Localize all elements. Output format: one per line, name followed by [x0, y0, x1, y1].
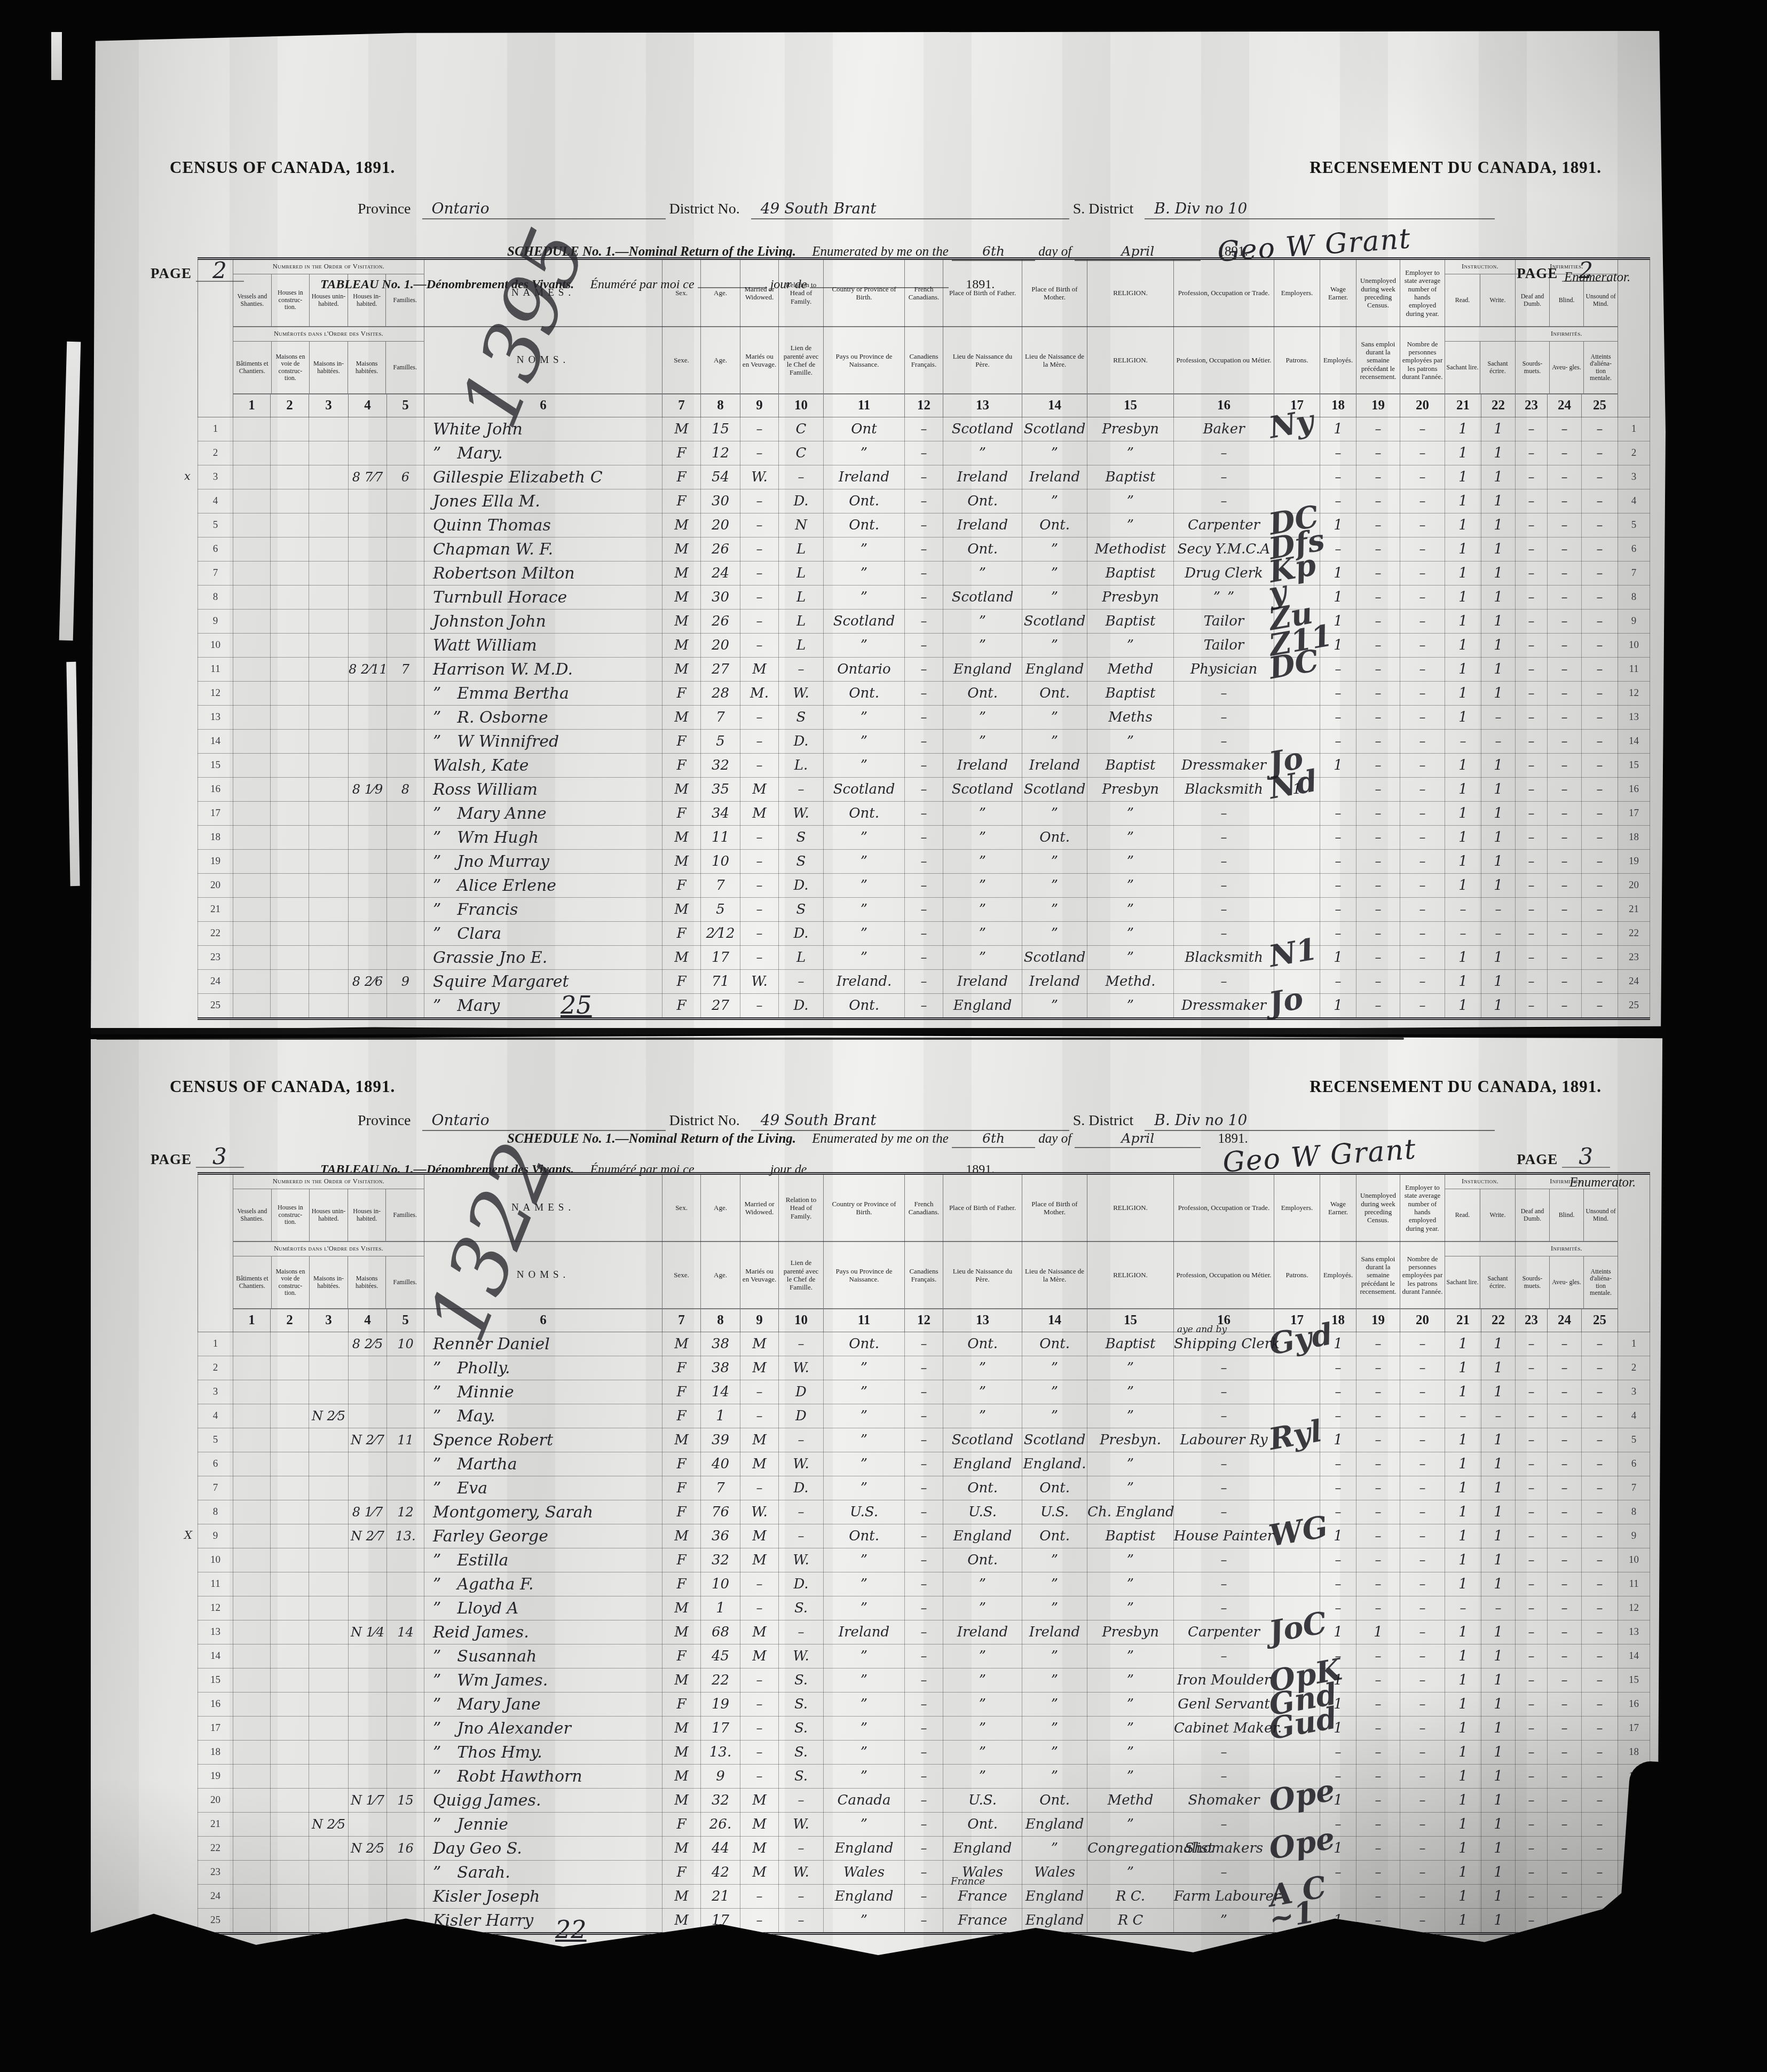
cell-c2 — [271, 850, 309, 874]
cell-value: – — [1528, 470, 1535, 485]
cell-occ: Farm Labourer — [1174, 1885, 1274, 1909]
cell-value: – — [1375, 446, 1382, 461]
cell-value: 1 — [1334, 1672, 1343, 1688]
cell-w22: 1 — [1481, 1813, 1516, 1837]
cell-age: 27 — [701, 994, 740, 1019]
cell-rel: S. — [779, 1668, 824, 1693]
cell-value: – — [756, 1769, 763, 1784]
cell-fc: – — [905, 730, 943, 754]
cell-b24: – — [1548, 1452, 1582, 1476]
cell-value: – — [1495, 926, 1502, 941]
cell-fc: – — [905, 850, 943, 874]
table-row: 11” Agatha F.F10–D.”–”””––––11–––11 — [198, 1572, 1650, 1596]
table-row: 20” Alice ErleneF7–D.”–”””––––11–––20 — [198, 874, 1650, 898]
cell-value: W. — [793, 1648, 809, 1664]
cell-cob: ” — [824, 1476, 905, 1500]
table-row: 15Walsh, KateF32–L.”–IrelandIrelandBapti… — [198, 754, 1650, 778]
cell-value: M — [674, 1672, 689, 1688]
column-label: Place of Birth of Father. — [943, 1174, 1022, 1242]
table-row: 5N 2⁄711Spence RobertM39M–”–ScotlandScot… — [198, 1428, 1650, 1452]
cell-cob: Ireland. — [824, 970, 905, 994]
row-number: 1 — [198, 417, 233, 441]
cell-u25: – — [1582, 1428, 1618, 1452]
cell-b24: – — [1548, 1476, 1582, 1500]
cell-rel: W. — [779, 1452, 824, 1476]
cell-value: – — [798, 974, 804, 989]
cell-value: – — [1335, 1745, 1342, 1760]
cell-f: 11 — [387, 1428, 424, 1452]
cell-value: 1 — [1458, 1912, 1468, 1928]
cell-value: – — [921, 1673, 927, 1688]
cell-rel: S. — [779, 1693, 824, 1717]
cell-pbm: ” — [1022, 898, 1087, 922]
cell-f — [387, 1909, 424, 1934]
cell-mw: – — [740, 634, 779, 658]
cell-h: N 1⁄7 — [349, 1789, 387, 1813]
cell-value: – — [1597, 1793, 1603, 1808]
cell-u25: – — [1582, 1596, 1618, 1620]
cell-fc: – — [905, 946, 943, 970]
cell-value: 1 — [1494, 421, 1503, 437]
cell-h20: – — [1400, 994, 1445, 1019]
column-group-title: Numérotés dans l'Ordre des Visites. — [233, 1242, 424, 1254]
cell-e17: OpK — [1274, 1668, 1320, 1693]
column-label: Familles. — [385, 1256, 424, 1308]
cell-value: – — [1375, 710, 1382, 725]
cell-value: L. — [794, 757, 808, 773]
cell-value: – — [1597, 878, 1603, 893]
column-number: 17 — [1274, 1309, 1320, 1332]
cell-w22: 1 — [1481, 1380, 1516, 1404]
cell-c2 — [271, 874, 309, 898]
cell-value: 8 — [401, 782, 409, 797]
cell-f — [387, 634, 424, 658]
row-number: 20 — [198, 1789, 233, 1813]
cell-value: – — [1528, 638, 1535, 653]
cell-value: – — [1221, 1481, 1227, 1496]
cell-value: M — [674, 1528, 689, 1544]
cell-e17 — [1274, 706, 1320, 730]
cell-age: 38 — [701, 1332, 740, 1356]
cell-value: – — [756, 1385, 763, 1399]
cell-value: – — [921, 1913, 927, 1928]
cell-r21: 1 — [1445, 513, 1481, 537]
cell-value: ” — [979, 1384, 986, 1400]
cell-relg: Methd — [1087, 658, 1174, 682]
cell-r21: 1 — [1445, 586, 1481, 610]
cell-age: 7 — [701, 1476, 740, 1500]
cell-w22: 1 — [1481, 610, 1516, 634]
cell-c3 — [309, 1572, 349, 1596]
cell-relg: Methd — [1087, 1789, 1174, 1813]
cell-value: – — [1221, 1769, 1227, 1784]
cell-u25: – — [1582, 465, 1618, 489]
cell-u19: – — [1356, 826, 1400, 850]
cell-h20: – — [1400, 1404, 1445, 1428]
cell-pbm: ” — [1022, 802, 1087, 826]
cell-value: 1 — [1494, 1552, 1503, 1568]
cell-r21: 1 — [1445, 1428, 1481, 1452]
cell-relg: Baptist — [1087, 1332, 1174, 1356]
cell-value: Ont. — [967, 541, 998, 557]
cell-u25: – — [1582, 1765, 1618, 1789]
cell-b24: – — [1548, 1356, 1582, 1380]
cell-h20: – — [1400, 1861, 1445, 1885]
cell-value: – — [1419, 1529, 1426, 1544]
row-number: 14 — [198, 730, 233, 754]
cell-value: 7 — [716, 1480, 725, 1496]
cell-value: ” — [1051, 1696, 1058, 1712]
cell-e17: Kp — [1274, 562, 1320, 586]
cell-mw: – — [740, 1885, 779, 1909]
cell-value: 1 — [1458, 493, 1468, 509]
cell-cob: Ontario — [824, 658, 905, 682]
cell-value: – — [921, 542, 927, 557]
cell-value: – — [1221, 1577, 1227, 1592]
column-label: Patrons. — [1274, 327, 1320, 394]
cell-value: 1 — [1334, 1720, 1343, 1736]
cell-mw: W. — [740, 465, 779, 489]
cell-value: – — [1495, 734, 1502, 749]
cell-value: W. — [751, 974, 767, 990]
cell-value: – — [1375, 1505, 1382, 1520]
cell-value: Iron Moulder — [1177, 1672, 1271, 1688]
cell-f — [387, 1765, 424, 1789]
cell-value: – — [921, 758, 927, 773]
cell-sex: F — [662, 994, 701, 1019]
cell-value: – — [921, 902, 927, 917]
column-label: Sourds- muets. — [1516, 1256, 1549, 1308]
cell-age: 32 — [701, 1548, 740, 1572]
cell-f — [387, 417, 424, 441]
cell-value: – — [921, 1457, 927, 1472]
cell-value: – — [1597, 974, 1603, 989]
cell-u19: – — [1356, 1524, 1400, 1548]
cell-h20: – — [1400, 1524, 1445, 1548]
cell-value: ” — [1127, 1360, 1134, 1376]
cell-value: – — [1528, 902, 1535, 917]
cell-h20: – — [1400, 802, 1445, 826]
cell-h20: – — [1400, 1380, 1445, 1404]
cell-u25: – — [1582, 417, 1618, 441]
cell-value: – — [1375, 782, 1382, 797]
row-number: 18 — [1618, 826, 1650, 850]
cell-value: ” — [1051, 926, 1058, 942]
cell-occ: – — [1174, 489, 1274, 513]
schedule-title: SCHEDULE No. 1.—Nominal Return of the Li… — [507, 1132, 796, 1146]
cell-value: – — [1335, 662, 1342, 677]
cell-c3 — [309, 1596, 349, 1620]
cell-value: Ont. — [1039, 1792, 1070, 1808]
cell-age: 14 — [701, 1380, 740, 1404]
column-label: Houses unin- habited. — [309, 274, 348, 326]
cell-value: N 1⁄4 — [351, 1625, 384, 1640]
cell-value: – — [1597, 494, 1603, 509]
table-row: 248 2⁄69Squire MargaretF71W.–Ireland.–Ir… — [198, 970, 1650, 994]
cell-age: 12 — [701, 441, 740, 465]
cell-h20: – — [1400, 513, 1445, 537]
cell-value: 26 — [712, 541, 729, 557]
cell-value: N — [795, 517, 807, 533]
column-number: 21 — [1445, 1309, 1481, 1332]
cell-fc: – — [905, 417, 943, 441]
cell-rel: D. — [779, 1476, 824, 1500]
cell-name: ” Emma Bertha — [424, 682, 662, 706]
cell-relg: ” — [1087, 874, 1174, 898]
cell-w18: – — [1320, 1452, 1356, 1476]
cell-b24: – — [1548, 1909, 1582, 1934]
cell-w22: 1 — [1481, 1717, 1516, 1741]
cell-value: 1 — [1458, 613, 1468, 629]
row-number: 3 — [198, 1380, 233, 1404]
cell-value: England — [953, 1456, 1012, 1472]
cell-rel: – — [779, 658, 824, 682]
table-row: 5Quinn ThomasM20–NOnt.–IrelandOnt.”Carpe… — [198, 513, 1650, 537]
cell-e17 — [1274, 898, 1320, 922]
cell-u19: – — [1356, 1380, 1400, 1404]
cell-u19: – — [1356, 1861, 1400, 1885]
title-french: RECENSEMENT DU CANADA, 1891. — [1310, 1077, 1602, 1096]
cell-c1 — [233, 417, 271, 441]
cell-c1 — [233, 1596, 271, 1620]
cell-value: – — [1597, 1649, 1603, 1664]
cell-value: – — [1528, 1793, 1535, 1808]
cell-pbf: ” — [943, 850, 1022, 874]
column-number: 18 — [1320, 1309, 1356, 1332]
cell-h: N 2⁄7 — [349, 1428, 387, 1452]
cell-value: – — [1419, 614, 1426, 629]
column-number: 22 — [1481, 1309, 1516, 1332]
cell-value: – — [1221, 974, 1227, 989]
row-number: 11 — [1618, 1572, 1650, 1596]
cell-pbf: Ont. — [943, 1476, 1022, 1500]
cell-b24: – — [1548, 610, 1582, 634]
cell-value: – — [1419, 686, 1426, 701]
cell-name: ” Mary — [424, 994, 662, 1019]
cell-value: ” Clara — [433, 924, 501, 943]
cell-w18: – — [1320, 1476, 1356, 1500]
row-number: 6 — [1618, 1452, 1650, 1476]
cell-r21: 1 — [1445, 994, 1481, 1019]
cell-value: – — [1221, 686, 1227, 701]
cell-u25: – — [1582, 586, 1618, 610]
cell-value: – — [1221, 1553, 1227, 1568]
cell-value: 27 — [712, 998, 729, 1014]
cell-h: 8 1⁄7 — [349, 1500, 387, 1524]
cell-value: – — [921, 1769, 927, 1784]
row-number: 2 — [1618, 441, 1650, 465]
cell-sex: F — [662, 1476, 701, 1500]
cell-value: Ont. — [1039, 685, 1070, 701]
cell-rel: D — [779, 1404, 824, 1428]
cell-r21: 1 — [1445, 562, 1481, 586]
cell-h20: – — [1400, 1476, 1445, 1500]
cell-value: – — [1528, 1481, 1535, 1496]
cell-pbf: Ont. — [943, 1548, 1022, 1572]
cell-value: – — [1335, 1481, 1342, 1496]
cell-r21: 1 — [1445, 946, 1481, 970]
cell-u19: – — [1356, 922, 1400, 946]
cell-relg: ” — [1087, 1693, 1174, 1717]
cell-value: – — [921, 1649, 927, 1664]
row-number: 7 — [1618, 562, 1650, 586]
column-number: 1 — [233, 1309, 271, 1332]
cell-sex: F — [662, 730, 701, 754]
cell-occ: – — [1174, 706, 1274, 730]
cell-value: ” — [861, 829, 867, 845]
cell-value: ” — [1127, 877, 1134, 893]
cell-age: 24 — [701, 562, 740, 586]
cell-value: ” May. — [433, 1407, 495, 1426]
cell-value: 8 2⁄5 — [352, 1336, 383, 1351]
cell-e17 — [1274, 1813, 1320, 1837]
cell-age: 1 — [701, 1596, 740, 1620]
cell-value: 1 — [1494, 1528, 1503, 1544]
cell-b24: – — [1548, 513, 1582, 537]
cell-value: ” — [1051, 1552, 1058, 1568]
column-label: Sex. — [662, 1174, 701, 1242]
row-number: 1 — [198, 1332, 233, 1356]
row-number: 11 — [198, 1572, 233, 1596]
cell-value: Drug Clerk — [1185, 565, 1263, 581]
cell-c1 — [233, 1813, 271, 1837]
cell-value: 11 — [712, 829, 729, 845]
cell-pbf: ” — [943, 1693, 1022, 1717]
cell-mw: – — [740, 754, 779, 778]
cell-value: – — [1419, 422, 1426, 437]
cell-value: D. — [793, 1480, 808, 1496]
cell-value: – — [1528, 590, 1535, 605]
cell-d23: – — [1516, 1693, 1548, 1717]
cell-rel: D. — [779, 994, 824, 1019]
cell-value: Baker — [1203, 421, 1244, 437]
column-label: Unsound of Mind. — [1583, 1189, 1618, 1241]
cell-e17: Gnd — [1274, 1693, 1320, 1717]
table-row: 18” Wm HughM11–S”–”Ont.”––––11–––18 — [198, 826, 1650, 850]
cell-value: ” — [1051, 1744, 1058, 1760]
cell-cob: ” — [824, 1380, 905, 1404]
column-group-vis: Numérotés dans l'Ordre des Visites.Bâtim… — [233, 1241, 424, 1309]
cell-value: ” — [861, 1696, 867, 1712]
column-label: Place of Birth of Mother. — [1022, 259, 1087, 327]
column-group-title: Infirmités. — [1516, 327, 1618, 339]
cell-value: – — [1375, 854, 1382, 869]
cell-mw: – — [740, 994, 779, 1019]
cell-pbf: Scotland — [943, 586, 1022, 610]
cell-f — [387, 610, 424, 634]
cell-name: ” Alice Erlene — [424, 874, 662, 898]
cell-h — [349, 1765, 387, 1789]
cell-b24: – — [1548, 1620, 1582, 1644]
cell-rel: – — [779, 1500, 824, 1524]
cell-value: ” — [861, 1912, 867, 1928]
row-number: 20 — [198, 874, 233, 898]
row-number: 21 — [1618, 898, 1650, 922]
province-line: Province Ontario District No. 49 South B… — [358, 200, 1559, 219]
cell-pbf: England — [943, 658, 1022, 682]
table-row: 4Jones Ella M.F30–D.Ont.–Ont.””––––11–––… — [198, 489, 1650, 513]
cell-value: 1 — [1494, 1576, 1503, 1592]
cell-d23: – — [1516, 1789, 1548, 1813]
cell-value: M — [674, 637, 689, 653]
cell-name: Gillespie Elizabeth C — [424, 465, 662, 489]
cell-u19: – — [1356, 1668, 1400, 1693]
cell-d23: – — [1516, 1717, 1548, 1741]
cell-value: Chapman W. F. — [433, 540, 553, 559]
cell-b24: – — [1548, 489, 1582, 513]
cell-value: – — [1375, 1721, 1382, 1736]
cell-cob: Ont. — [824, 1524, 905, 1548]
cell-w18: 1 — [1320, 1789, 1356, 1813]
cell-value: Meths — [1108, 709, 1153, 725]
cell-w22: 1 — [1481, 682, 1516, 706]
cell-pbm: ” — [1022, 874, 1087, 898]
cell-value: – — [1528, 830, 1535, 845]
cell-value: M — [752, 805, 767, 821]
cell-value: – — [1528, 614, 1535, 629]
cell-pbf: Ont. — [943, 682, 1022, 706]
cell-r21: 1 — [1445, 1741, 1481, 1765]
cell-u19: – — [1356, 1404, 1400, 1428]
row-number: 4 — [1618, 1404, 1650, 1428]
cell-value: – — [1419, 446, 1426, 461]
cell-value: 12 — [712, 445, 729, 461]
cell-r21: 1 — [1445, 1644, 1481, 1668]
cell-fc: – — [905, 610, 943, 634]
column-label: Houses in- habited. — [348, 1189, 386, 1241]
cell-name: Kisler Joseph — [424, 1885, 662, 1909]
cell-occ: – — [1174, 970, 1274, 994]
cell-fc: – — [905, 658, 943, 682]
cell-pbf: ” — [943, 610, 1022, 634]
cell-d23: – — [1516, 537, 1548, 562]
cell-name: Montgomery, Sarah — [424, 1500, 662, 1524]
column-label: Houses in- habited. — [348, 274, 386, 326]
cell-name: ” Clara — [424, 922, 662, 946]
cell-value: – — [756, 590, 763, 605]
cell-value: 1 — [1458, 1744, 1468, 1760]
table-row: 3” MinnieF14–D”–”””––––11–––3 — [198, 1380, 1650, 1404]
cell-e17 — [1274, 970, 1320, 994]
cell-u25: – — [1582, 682, 1618, 706]
cell-name: Day Geo S. — [424, 1837, 662, 1861]
cell-rel: W. — [779, 1644, 824, 1668]
row-number: 19 — [1618, 850, 1650, 874]
cell-sex: F — [662, 754, 701, 778]
cell-b24: – — [1548, 1717, 1582, 1741]
cell-f — [387, 513, 424, 537]
cell-value: 1 — [1458, 469, 1468, 485]
cell-value: ” Sarah. — [433, 1863, 510, 1882]
cell-relg: Presbyn — [1087, 417, 1174, 441]
table-row: 19” Jno MurrayM10–S”–”””––––11–––19 — [198, 850, 1650, 874]
cell-value: Blacksmith — [1185, 950, 1263, 966]
row-number: 20 — [1618, 874, 1650, 898]
cell-e17 — [1274, 1356, 1320, 1380]
cell-value: – — [756, 998, 763, 1013]
cell-r21: 1 — [1445, 802, 1481, 826]
column-number: 7 — [662, 1309, 701, 1332]
cell-value: ” Emma Bertha — [433, 684, 569, 703]
cell-value: Farley George — [433, 1527, 548, 1546]
cell-h20: – — [1400, 1789, 1445, 1813]
cell-d23: – — [1516, 778, 1548, 802]
cell-d23: – — [1516, 1452, 1548, 1476]
cell-value: Ireland — [1029, 974, 1080, 990]
row-number: 4 — [198, 1404, 233, 1428]
cell-value: – — [1561, 974, 1568, 989]
cell-age: 17 — [701, 1717, 740, 1741]
